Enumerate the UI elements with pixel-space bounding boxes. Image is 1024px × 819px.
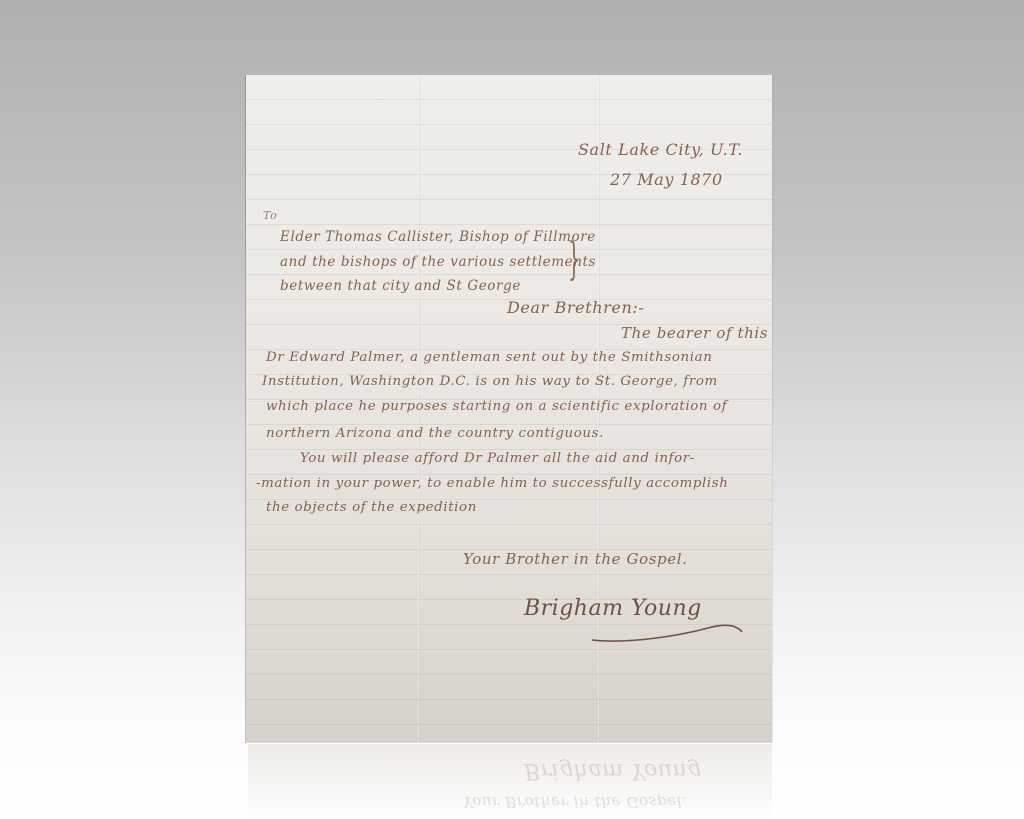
address-to-label: To [263,210,277,221]
address-line-1: Elder Thomas Callister, Bishop of Fillmo… [280,231,596,245]
reflected-closing: Your Brother in the Gospel. [463,794,687,809]
body-line: which place he purposes starting on a sc… [266,400,727,413]
body-line: The bearer of this [621,326,768,341]
letter-place: Salt Lake City, U.T. [578,142,743,158]
signature-flourish [588,610,748,644]
body-line: the objects of the expedition [266,501,477,514]
address-brace: } [568,238,581,282]
salutation: Dear Brethren:- [507,300,644,316]
body-line: You will please afford Dr Palmer all the… [300,452,695,465]
reflected-signature: Brigham Young [524,758,702,783]
body-line: Dr Edward Palmer, a gentleman sent out b… [266,351,712,364]
address-line-2: and the bishops of the various settlemen… [280,256,596,270]
body-line: -mation in your power, to enable him to … [256,477,728,490]
body-line: northern Arizona and the country contigu… [266,427,604,440]
body-line: Institution, Washington D.C. is on his w… [262,375,718,388]
closing: Your Brother in the Gospel. [463,552,687,567]
address-line-3: between that city and St George [280,280,521,294]
reflection-mirror: Your Brother in the Gospel. Brigham Youn… [248,744,772,819]
letter-date: 27 May 1870 [610,172,723,188]
paper-reflection: Your Brother in the Gospel. Brigham Youn… [248,744,772,819]
